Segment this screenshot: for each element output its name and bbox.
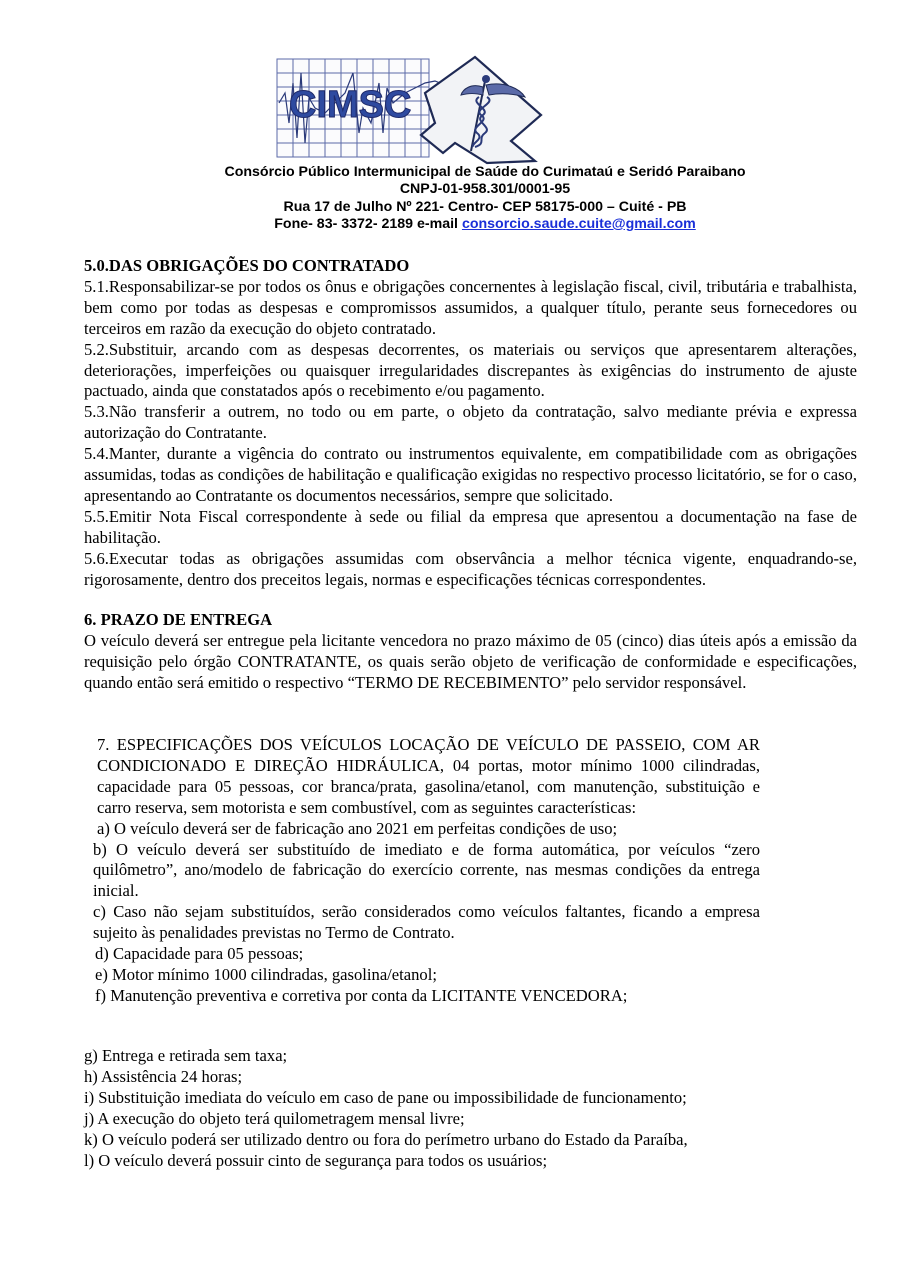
spec-item-k: k) O veículo poderá ser utilizado dentro… (84, 1130, 857, 1151)
spec-item-a: a) O veículo deverá ser de fabricação an… (93, 819, 760, 840)
spec-item-h: h) Assistência 24 horas; (84, 1067, 857, 1088)
section-6: 6. PRAZO DE ENTREGA O veículo deverá ser… (84, 610, 857, 694)
spec-item-i: i) Substituição imediata do veículo em c… (84, 1088, 857, 1109)
clause-5-5: 5.5.Emitir Nota Fiscal correspondente à … (84, 507, 857, 549)
spec-item-b: b) O veículo deverá ser substituído de i… (93, 840, 760, 903)
email-link[interactable]: consorcio.saude.cuite@gmail.com (462, 216, 696, 232)
cimsc-logo: CIMSC (275, 53, 543, 165)
spec-item-e: e) Motor mínimo 1000 cilindradas, gasoli… (93, 965, 760, 986)
phone-text: Fone- 83- 3372- 2189 e-mail (274, 216, 462, 232)
spec-item-f: f) Manutenção preventiva e corretiva por… (93, 986, 760, 1007)
clause-5-4: 5.4.Manter, durante a vigência do contra… (84, 444, 857, 507)
clause-5-1: 5.1.Responsabilizar-se por todos os ônus… (84, 277, 857, 340)
section-5: 5.0.DAS OBRIGAÇÕES DO CONTRATADO 5.1.Res… (84, 256, 857, 591)
section-6-title: 6. PRAZO DE ENTREGA (84, 610, 857, 631)
caduceus-card (421, 57, 541, 163)
spec-item-j: j) A execução do objeto terá quilometrag… (84, 1109, 857, 1130)
address: Rua 17 de Julho Nº 221- Centro- CEP 5817… (0, 199, 900, 216)
organization-name: Consórcio Público Intermunicipal de Saúd… (0, 164, 900, 181)
section-7-continued: g) Entrega e retirada sem taxa; h) Assis… (84, 1046, 857, 1171)
spec-item-d: d) Capacidade para 05 pessoas; (93, 944, 760, 965)
section-5-title: 5.0.DAS OBRIGAÇÕES DO CONTRATADO (84, 256, 857, 277)
section-6-text: O veículo deverá ser entregue pela licit… (84, 631, 857, 694)
logo-wordmark: CIMSC (289, 84, 411, 126)
spec-item-c: c) Caso não sejam substituídos, serão co… (93, 902, 760, 944)
letterhead: Consórcio Público Intermunicipal de Saúd… (0, 164, 900, 233)
spec-item-l: l) O veículo deverá possuir cinto de seg… (84, 1151, 857, 1172)
section-7: 7. ESPECIFICAÇÕES DOS VEÍCULOS LOCAÇÃO D… (93, 735, 760, 1007)
cnpj: CNPJ-01-958.301/0001-95 (0, 181, 900, 198)
clause-5-6: 5.6.Executar todas as obrigações assumid… (84, 549, 857, 591)
section-7-intro: 7. ESPECIFICAÇÕES DOS VEÍCULOS LOCAÇÃO D… (93, 735, 760, 819)
clause-5-3: 5.3.Não transferir a outrem, no todo ou … (84, 402, 857, 444)
contact-line: Fone- 83- 3372- 2189 e-mail consorcio.sa… (0, 216, 900, 233)
spec-item-g: g) Entrega e retirada sem taxa; (84, 1046, 857, 1067)
clause-5-2: 5.2.Substituir, arcando com as despesas … (84, 340, 857, 403)
